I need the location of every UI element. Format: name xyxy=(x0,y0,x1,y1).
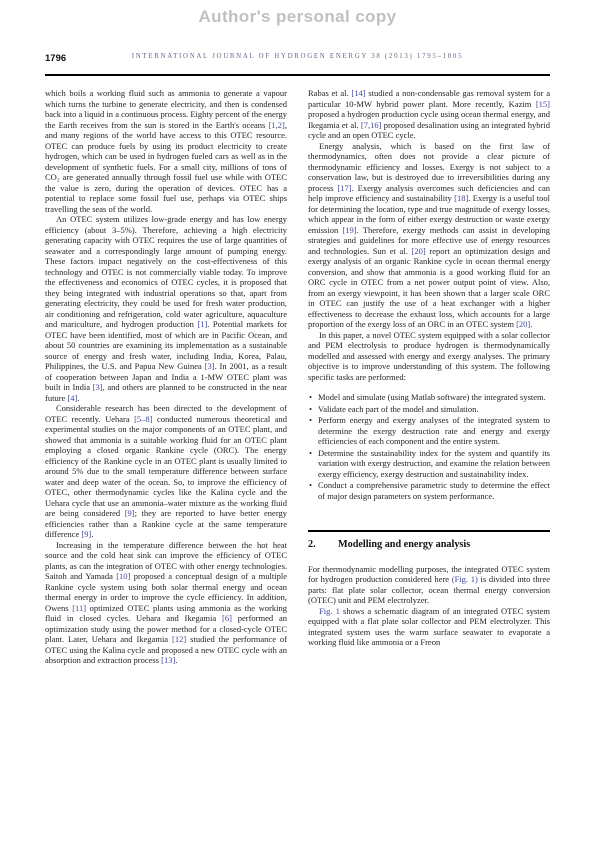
citation-link[interactable]: [14] xyxy=(351,88,365,98)
paragraph: In this paper, a novel OTEC system equip… xyxy=(308,330,550,383)
page-number: 1796 xyxy=(45,53,66,64)
citation-link[interactable]: [3] xyxy=(93,382,103,392)
citation-link[interactable]: [18] xyxy=(454,193,468,203)
citation-link[interactable]: [20] xyxy=(412,246,426,256)
author-copy-banner: Author's personal copy xyxy=(0,7,595,27)
citation-link[interactable]: [17] xyxy=(337,183,351,193)
citation-link[interactable]: [4] xyxy=(67,393,77,403)
citation-link[interactable]: Fig. 1 xyxy=(319,606,340,616)
paragraph: Considerable research has been directed … xyxy=(45,403,287,540)
left-column: which boils a working fluid such as ammo… xyxy=(45,88,287,666)
citation-link[interactable]: [12] xyxy=(172,634,186,644)
bullet-item: Perform energy and exergy analyses of th… xyxy=(308,415,550,447)
bullet-item: Conduct a comprehensive parametric study… xyxy=(308,480,550,501)
running-header: 1796 INTERNATIONAL JOURNAL OF HYDROGEN E… xyxy=(45,53,550,67)
citation-link[interactable]: [7,16] xyxy=(361,120,382,130)
section-heading: 2.Modelling and energy analysis xyxy=(308,540,550,551)
citation-link[interactable]: [1,2] xyxy=(269,120,285,130)
paragraph: For thermodynamic modelling purposes, th… xyxy=(308,564,550,606)
citation-link[interactable]: [10] xyxy=(116,571,130,581)
section-rule xyxy=(308,530,550,532)
header-rule xyxy=(45,74,550,76)
citation-link[interactable]: [5–8] xyxy=(134,414,152,424)
bullet-item: Determine the sustainability index for t… xyxy=(308,448,550,480)
citation-link[interactable]: [11] xyxy=(72,603,86,613)
article-body: which boils a working fluid such as ammo… xyxy=(45,88,550,666)
citation-link[interactable]: [3] xyxy=(205,361,215,371)
bullet-item: Model and simulate (using Matlab softwar… xyxy=(308,392,550,403)
citation-link[interactable]: [19] xyxy=(342,225,356,235)
paragraph: An OTEC system utilizes low-grade energy… xyxy=(45,214,287,403)
citation-link[interactable]: [1] xyxy=(197,319,207,329)
paragraph: Increasing in the temperature difference… xyxy=(45,540,287,666)
paragraph: Rabas et al. [14] studied a non-condensa… xyxy=(308,88,550,141)
right-column: Rabas et al. [14] studied a non-condensa… xyxy=(308,88,550,666)
paragraph: Fig. 1 shows a schematic diagram of an i… xyxy=(308,606,550,648)
journal-page: Author's personal copy 1796 INTERNATIONA… xyxy=(0,0,595,842)
section-number: 2. xyxy=(308,540,338,551)
citation-link[interactable]: (Fig. 1) xyxy=(452,574,478,584)
citation-link[interactable]: [20] xyxy=(516,319,530,329)
citation-link[interactable]: [9] xyxy=(125,508,135,518)
paragraph: Energy analysis, which is based on the f… xyxy=(308,141,550,330)
task-bullet-list: Model and simulate (using Matlab softwar… xyxy=(308,392,550,501)
paragraph: which boils a working fluid such as ammo… xyxy=(45,88,287,214)
citation-link[interactable]: [15] xyxy=(536,99,550,109)
section-title: Modelling and energy analysis xyxy=(338,540,470,551)
bullet-item: Validate each part of the model and simu… xyxy=(308,404,550,415)
journal-title: INTERNATIONAL JOURNAL OF HYDROGEN ENERGY… xyxy=(45,53,550,60)
citation-link[interactable]: [9] xyxy=(81,529,91,539)
citation-link[interactable]: [6] xyxy=(222,613,232,623)
citation-link[interactable]: [13] xyxy=(161,655,175,665)
